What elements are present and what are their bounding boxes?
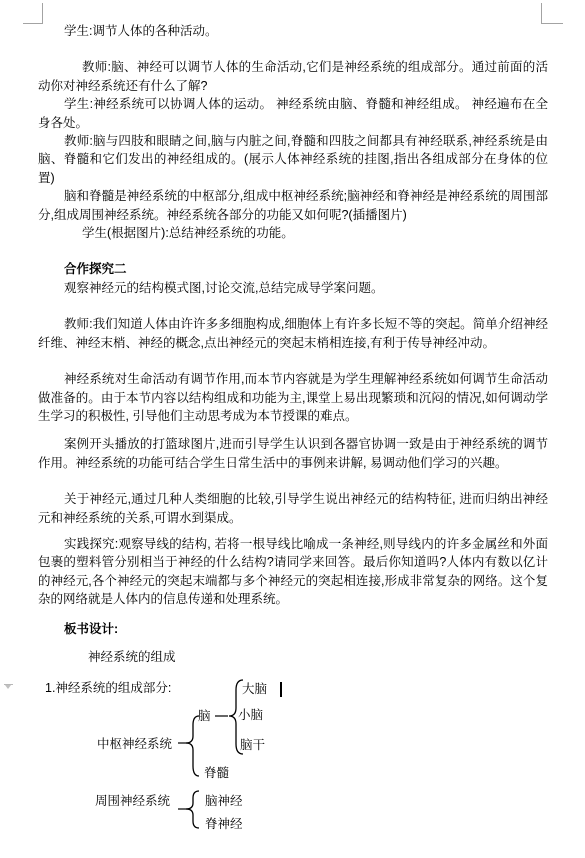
dialogue-student-reply[interactable]: 学生:调节人体的各种活动。 [38, 22, 548, 40]
dialogue-teacher-explanation[interactable]: 教师:脑与四肢和眼睛之间,脑与内脏之间,脊髓和四肢之间都具有神经联系,神经系统是… [38, 132, 548, 187]
document-body[interactable]: 学生:调节人体的各种活动。 教师:脑、神经可以调节人体的生命活动,它们是神经系统… [38, 22, 548, 666]
case-basketball-note[interactable]: 案例开头播放的打篮球图片,进而引导学生认识到各器官协调一致是由于神经系统的调节作… [38, 435, 548, 472]
node-cns[interactable]: 中枢神经系统 [97, 737, 172, 752]
node-pns[interactable]: 周围神经系统 [95, 794, 170, 809]
object-anchor-icon [4, 684, 13, 691]
node-brain[interactable]: 脑 [198, 709, 211, 724]
diagram-heading[interactable]: 1.神经系统的组成部分: [45, 681, 171, 696]
page-margin-mark-top-right [541, 3, 563, 24]
board-title[interactable]: 神经系统的组成 [38, 648, 548, 666]
dialogue-student-answer[interactable]: 学生:神经系统可以协调人体的运动。 神经系统由脑、脊髓和神经组成。 神经遍布在全… [38, 95, 548, 132]
board-design-heading[interactable]: 板书设计: [38, 620, 548, 638]
node-brainstem[interactable]: 脑干 [240, 738, 265, 753]
text-cursor [280, 682, 282, 697]
practice-inquiry-note[interactable]: 实践探究:观察导线的结构, 若将一根导线比喻成一条神经,则导线内的许多金属丝和外… [38, 535, 548, 609]
page-margin-mark-top-left [23, 3, 43, 24]
section-heading-inquiry-2[interactable]: 合作探究二 [38, 260, 548, 278]
dialogue-teacher-question[interactable]: 教师:脑、神经可以调节人体的生命活动,它们是神经系统的组成部分。通过前面的活动你… [38, 58, 548, 95]
node-cerebrum[interactable]: 大脑 [242, 682, 267, 697]
node-spinal-cord[interactable]: 脊髓 [204, 766, 229, 781]
teacher-neuron-intro[interactable]: 教师:我们知道人体由许许多多细胞构成,细胞体上有许多长短不等的突起。简单介绍神经… [38, 315, 548, 352]
node-spinal-nerves[interactable]: 脊神经 [205, 817, 243, 832]
document-page: 学生:调节人体的各种活动。 教师:脑、神经可以调节人体的生命活动,它们是神经系统… [0, 0, 585, 858]
dialogue-student-summary[interactable]: 学生(根据图片):总结神经系统的功能。 [38, 224, 548, 242]
inquiry-task-text[interactable]: 观察神经元的结构模式图,讨论交流,总结完成导学案问题。 [38, 279, 548, 297]
teaching-difficulty-note[interactable]: 神经系统对生命活动有调节作用,而本节内容就是为学生理解神经系统如何调节生命活动做… [38, 370, 548, 425]
node-cranial-nerves[interactable]: 脑神经 [205, 794, 243, 809]
brace-cns [186, 716, 199, 776]
dialogue-teacher-cns-pns[interactable]: 脑和脊髓是神经系统的中枢部分,组成中枢神经系统;脑神经和脊神经是神经系统的周围部… [38, 187, 548, 224]
neuron-comparison-note[interactable]: 关于神经元,通过几种人类细胞的比较,引导学生说出神经元的结构特征, 进而归纳出神… [38, 490, 548, 527]
node-cerebellum[interactable]: 小脑 [238, 708, 263, 723]
brace-pns [186, 791, 199, 828]
